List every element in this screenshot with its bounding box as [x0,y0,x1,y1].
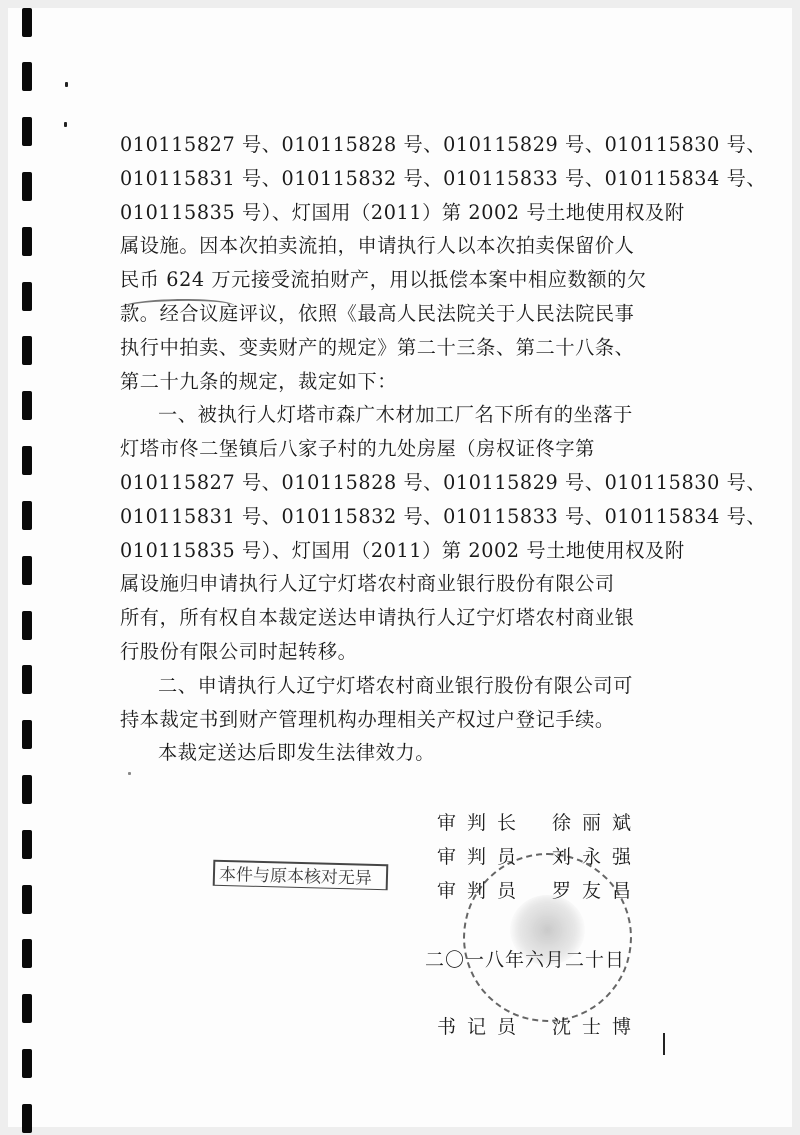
scan-mark [663,1033,665,1055]
body-line: 010115831 号、010115832 号、010115833 号、0101… [120,162,700,196]
binder-mark [22,611,32,640]
body-line: 010115827 号、010115828 号、010115829 号、0101… [120,128,700,162]
body-line: 行股份有限公司时起转移。 [120,635,700,669]
binder-mark [22,391,32,420]
body-line: 民币 624 万元接受流拍财产，用以抵偿本案中相应数额的欠 [120,263,700,297]
binder-mark [22,446,32,475]
binder-mark [22,172,32,201]
binder-mark [22,336,32,365]
body-line: 属设施。因本次拍卖流拍，申请执行人以本次拍卖保留价人 [120,229,700,263]
signature-role: 审判员 [437,842,552,869]
signature-name: 徐丽斌 [552,812,642,834]
body-line: 010115835 号）、灯国用（2011）第 2002 号土地使用权及附 [120,534,700,568]
body-line: 款。经合议庭评议，依照《最高人民法院关于人民法院民事 [120,297,700,331]
binder-mark [22,556,32,585]
binder-mark [22,830,32,859]
ruling-body: 010115827 号、010115828 号、010115829 号、0101… [120,128,700,770]
signature-role: 审判长 [437,808,552,835]
judges-signature-block: 审判长徐丽斌 审判员刘永强 审判员罗友昌 [437,808,642,910]
binder-mark [22,8,32,37]
body-line: 灯塔市佟二堡镇后八家子村的九处房屋（房权证佟字第 [120,432,700,466]
certification-stamp: 本件与原本核对无异 [213,860,389,891]
body-line: 执行中拍卖、变卖财产的规定》第二十三条、第二十八条、 [120,331,700,365]
ruling-date: 二〇一八年六月二十日 [425,945,625,972]
effect-clause: 本裁定送达后即发生法律效力。 [120,736,700,770]
signature-name: 罗友昌 [552,880,642,902]
body-line: 属设施归申请执行人辽宁灯塔农村商业银行股份有限公司 [120,567,700,601]
scan-speck [128,772,131,775]
binder-mark [22,227,32,256]
binder-mark [22,885,32,914]
body-line: 010115835 号）、灯国用（2011）第 2002 号土地使用权及附 [120,196,700,230]
binder-mark [22,1049,32,1078]
binder-mark [22,282,32,311]
binder-mark [22,720,32,749]
body-line: 所有，所有权自本裁定送达申请执行人辽宁灯塔农村商业银 [120,601,700,635]
signature-name: 刘永强 [552,846,642,868]
body-line: 第二十九条的规定，裁定如下： [120,365,700,399]
binder-mark [22,939,32,968]
body-line: 持本裁定书到财产管理机构办理相关产权过户登记手续。 [120,703,700,737]
ruling-item-2-start: 二、申请执行人辽宁灯塔农村商业银行股份有限公司可 [120,669,700,703]
binder-mark [22,665,32,694]
clerk-name: 沈士博 [552,1016,642,1038]
signature-role: 审判员 [437,876,552,903]
body-line: 010115831 号、010115832 号、010115833 号、0101… [120,500,700,534]
signature-judge: 审判员罗友昌 [437,876,642,910]
binder-mark [22,501,32,530]
clerk-signature: 书记员沈士博 [437,1012,642,1039]
binder-mark [22,1104,32,1133]
scan-speck [65,82,68,87]
binder-mark [22,775,32,804]
signature-judge: 审判员刘永强 [437,842,642,876]
binder-mark [22,62,32,91]
body-line: 010115827 号、010115828 号、010115829 号、0101… [120,466,700,500]
ruling-item-1-start: 一、被执行人灯塔市森广木材加工厂名下所有的坐落于 [120,398,700,432]
binder-mark [22,117,32,146]
clerk-role: 书记员 [437,1012,552,1039]
scan-speck [64,122,67,127]
binder-mark [22,994,32,1023]
signature-presiding-judge: 审判长徐丽斌 [437,808,642,842]
